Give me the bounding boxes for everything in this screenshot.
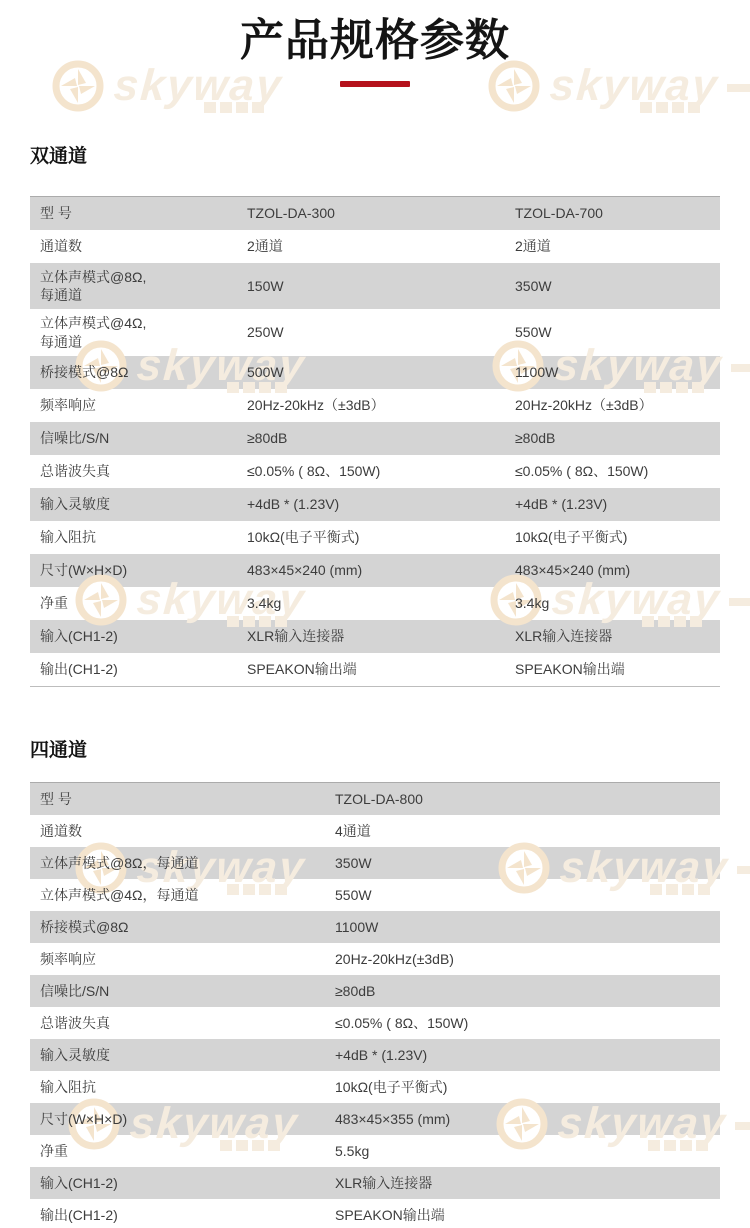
watermark-dash — [731, 364, 750, 372]
table-row: 桥接模式@8Ω500W1100W — [30, 356, 720, 389]
spec-value: 10kΩ(电子平衡式) — [335, 1073, 720, 1101]
spec-label: 净重 — [40, 1137, 335, 1165]
spec-value: ≥80dB — [515, 424, 720, 452]
table-row: 立体声模式@8Ω，每通道350W — [30, 847, 720, 879]
table-row: 输入阻抗10kΩ(电子平衡式)10kΩ(电子平衡式) — [30, 521, 720, 554]
spec-label: 输入灵敏度 — [40, 1041, 335, 1069]
watermark-subtext — [204, 102, 268, 113]
table-row: 尺寸(W×H×D)483×45×240 (mm)483×45×240 (mm) — [30, 554, 720, 587]
watermark-dash — [735, 1122, 750, 1130]
spec-label: 信噪比/S/N — [40, 977, 335, 1005]
spec-label: 尺寸(W×H×D) — [40, 1105, 335, 1133]
table-row: 输出(CH1-2)SPEAKON输出端 — [30, 1199, 720, 1228]
spec-value: 350W — [335, 849, 720, 877]
table-row: 总谐波失真≤0.05% ( 8Ω、150W) — [30, 1007, 720, 1039]
spec-value: ≤0.05% ( 8Ω、150W) — [247, 457, 515, 485]
spec-value: 20Hz-20kHz（±3dB） — [247, 391, 515, 419]
spec-value: XLR输入连接器 — [335, 1169, 720, 1197]
spec-label: 桥接模式@8Ω — [40, 913, 335, 941]
spec-label: 输入(CH1-2) — [40, 1169, 335, 1197]
title-underline — [340, 81, 410, 87]
table-row: 立体声模式@4Ω, 每通道250W550W — [30, 309, 720, 355]
spec-value: 4通道 — [335, 817, 720, 845]
dual-channel-spec-table: 型 号TZOL-DA-300TZOL-DA-700通道数2通道2通道立体声模式@… — [30, 196, 720, 687]
spec-label: 立体声模式@4Ω，每通道 — [40, 881, 335, 909]
spec-value: XLR输入连接器 — [515, 622, 720, 650]
watermark-subtext — [640, 102, 704, 113]
spec-label: 输入(CH1-2) — [40, 622, 247, 650]
spec-value: SPEAKON输出端 — [247, 655, 515, 683]
spec-value: 20Hz-20kHz(±3dB) — [335, 945, 720, 973]
spec-value: 3.4kg — [247, 589, 515, 617]
table-row: 通道数2通道2通道 — [30, 230, 720, 263]
spec-value: +4dB * (1.23V) — [335, 1041, 720, 1069]
spec-label: 输入阻抗 — [40, 523, 247, 551]
spec-label: 输出(CH1-2) — [40, 655, 247, 683]
table-row: 输入阻抗10kΩ(电子平衡式) — [30, 1071, 720, 1103]
spec-value: 2通道 — [247, 232, 515, 260]
spec-label: 净重 — [40, 589, 247, 617]
spec-value: ≤0.05% ( 8Ω、150W) — [335, 1009, 720, 1037]
spec-value: SPEAKON输出端 — [335, 1201, 720, 1228]
table-row: 净重3.4kg3.4kg — [30, 587, 720, 620]
spec-value: 350W — [515, 272, 720, 300]
spec-label: 输出(CH1-2) — [40, 1201, 335, 1228]
table-row: 信噪比/S/N≥80dB≥80dB — [30, 422, 720, 455]
table-row: 输入(CH1-2)XLR输入连接器 — [30, 1167, 720, 1199]
quad-channel-spec-table: 型 号TZOL-DA-800通道数4通道立体声模式@8Ω，每通道350W立体声模… — [30, 782, 720, 1228]
spec-value: 250W — [247, 318, 515, 346]
spec-value: SPEAKON输出端 — [515, 655, 720, 683]
table-row: 型 号TZOL-DA-800 — [30, 783, 720, 815]
spec-label: 立体声模式@8Ω, 每通道 — [40, 263, 247, 309]
table-row: 总谐波失真≤0.05% ( 8Ω、150W)≤0.05% ( 8Ω、150W) — [30, 455, 720, 488]
spec-label: 立体声模式@4Ω, 每通道 — [40, 309, 247, 355]
spec-label: 桥接模式@8Ω — [40, 358, 247, 386]
spec-value: ≤0.05% ( 8Ω、150W) — [515, 457, 720, 485]
spec-value: ≥80dB — [247, 424, 515, 452]
page-title: 产品规格参数 — [0, 16, 750, 66]
spec-value: ≥80dB — [335, 977, 720, 1005]
spec-value: TZOL-DA-800 — [335, 785, 720, 813]
spec-label: 通道数 — [40, 817, 335, 845]
spec-value: 2通道 — [515, 232, 720, 260]
spec-value: 3.4kg — [515, 589, 720, 617]
spec-value: +4dB * (1.23V) — [515, 490, 720, 518]
spec-label: 型 号 — [40, 199, 247, 227]
spec-value: 150W — [247, 272, 515, 300]
spec-value: 483×45×355 (mm) — [335, 1105, 720, 1133]
spec-value: 1100W — [515, 358, 720, 386]
table-row: 输入灵敏度+4dB * (1.23V) — [30, 1039, 720, 1071]
spec-label: 总谐波失真 — [40, 457, 247, 485]
page-header: 产品规格参数 — [0, 0, 750, 87]
spec-value: 483×45×240 (mm) — [515, 556, 720, 584]
spec-label: 输入灵敏度 — [40, 490, 247, 518]
table-row: 信噪比/S/N≥80dB — [30, 975, 720, 1007]
watermark-dash — [729, 598, 750, 606]
spec-value: TZOL-DA-700 — [515, 199, 720, 227]
table-row: 输出(CH1-2)SPEAKON输出端SPEAKON输出端 — [30, 653, 720, 686]
spec-label: 频率响应 — [40, 945, 335, 973]
spec-value: 10kΩ(电子平衡式) — [247, 523, 515, 551]
table-row: 输入灵敏度+4dB * (1.23V)+4dB * (1.23V) — [30, 488, 720, 521]
spec-value: TZOL-DA-300 — [247, 199, 515, 227]
table-row: 频率响应20Hz-20kHz(±3dB) — [30, 943, 720, 975]
spec-value: +4dB * (1.23V) — [247, 490, 515, 518]
spec-label: 立体声模式@8Ω，每通道 — [40, 849, 335, 877]
table-row: 立体声模式@8Ω, 每通道150W350W — [30, 263, 720, 309]
spec-value: 5.5kg — [335, 1137, 720, 1165]
spec-value: XLR输入连接器 — [247, 622, 515, 650]
table-row: 桥接模式@8Ω1100W — [30, 911, 720, 943]
table-row: 型 号TZOL-DA-300TZOL-DA-700 — [30, 197, 720, 230]
table-row: 立体声模式@4Ω，每通道550W — [30, 879, 720, 911]
table-row: 输入(CH1-2)XLR输入连接器XLR输入连接器 — [30, 620, 720, 653]
spec-value: 550W — [515, 318, 720, 346]
table-row: 频率响应20Hz-20kHz（±3dB）20Hz-20kHz（±3dB） — [30, 389, 720, 422]
spec-label: 频率响应 — [40, 391, 247, 419]
table-row: 通道数4通道 — [30, 815, 720, 847]
spec-label: 输入阻抗 — [40, 1073, 335, 1101]
section-heading-dual-channel: 双通道 — [30, 141, 750, 168]
spec-label: 通道数 — [40, 232, 247, 260]
spec-page: skywayskywayskywayskywayskywayskywayskyw… — [0, 0, 750, 1228]
spec-value: 10kΩ(电子平衡式) — [515, 523, 720, 551]
table-row: 尺寸(W×H×D)483×45×355 (mm) — [30, 1103, 720, 1135]
spec-label: 型 号 — [40, 785, 335, 813]
spec-label: 尺寸(W×H×D) — [40, 556, 247, 584]
spec-label: 总谐波失真 — [40, 1009, 335, 1037]
section-heading-quad-channel: 四通道 — [30, 735, 750, 762]
spec-value: 1100W — [335, 913, 720, 941]
spec-value: 20Hz-20kHz（±3dB） — [515, 391, 720, 419]
spec-value: 500W — [247, 358, 515, 386]
table-row: 净重5.5kg — [30, 1135, 720, 1167]
spec-value: 550W — [335, 881, 720, 909]
spec-value: 483×45×240 (mm) — [247, 556, 515, 584]
spec-label: 信噪比/S/N — [40, 424, 247, 452]
watermark-dash — [737, 866, 750, 874]
